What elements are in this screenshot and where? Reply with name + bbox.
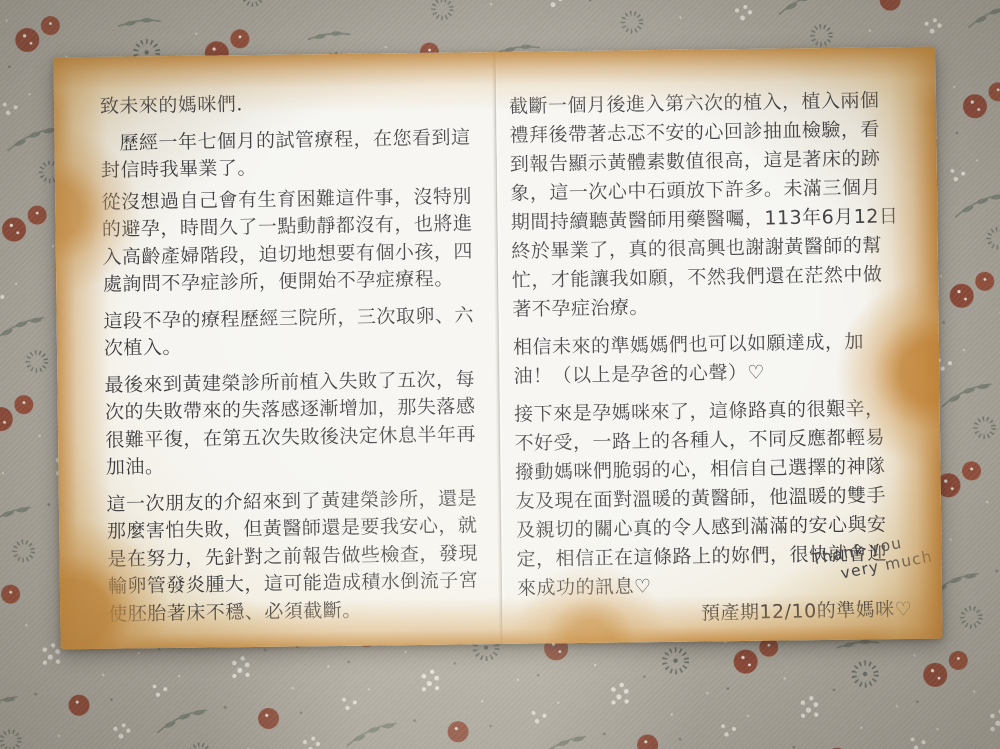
letter-paragraph: 最後來到黃建榮診所前植入失敗了五次，每次的失敗帶來的失落感逐漸增加，那失落感很難… (104, 366, 482, 482)
card-left-page: 致未來的媽咪們． 歷經一年七個月的試管療程，在您看到這封信時我畢業了。 從沒想過… (53, 52, 501, 649)
letter-paragraph: 截斷一個月後進入第六次的植入，植入兩個禮拜後帶著忐忑不安的心回診抽血檢驗，看到報… (509, 86, 901, 324)
left-page-text: 致未來的媽咪們． 歷經一年七個月的試管療程，在您看到這封信時我畢業了。 從沒想過… (100, 87, 485, 628)
right-page-text: 截斷一個月後進入第六次的植入，植入兩個禮拜後帶著忐忑不安的心回診抽血檢驗，看到報… (509, 86, 905, 603)
letter-paragraph: 這一次朋友的介紹來到了黃建榮診所，還是那麼害怕失敗，但黃醫師還是要我安心，就是在… (106, 485, 484, 629)
card-right-page: 截斷一個月後進入第六次的植入，植入兩個禮拜後帶著忐忑不安的心回診抽血檢驗，看到報… (494, 47, 942, 644)
greeting-card: 致未來的媽咪們． 歷經一年七個月的試管療程，在您看到這封信時我畢業了。 從沒想過… (53, 47, 942, 650)
letter-paragraph: 從沒想過自己會有生育困難這件事，沒特別的避孕，時間久了一點動靜都沒有，也將進入高… (101, 183, 479, 299)
letter-paragraph: 這段不孕的療程歷經三院所，三次取卵、六次植入。 (103, 302, 480, 363)
letter-paragraph: 歷經一年七個月的試管療程，在您看到這封信時我畢業了。 (100, 124, 477, 185)
letter-salutation: 致未來的媽咪們． (100, 87, 476, 121)
letter-paragraph: 相信未來的準媽媽們也可以如願達成，加油！（以上是孕爸的心聲）♡ (513, 327, 902, 391)
